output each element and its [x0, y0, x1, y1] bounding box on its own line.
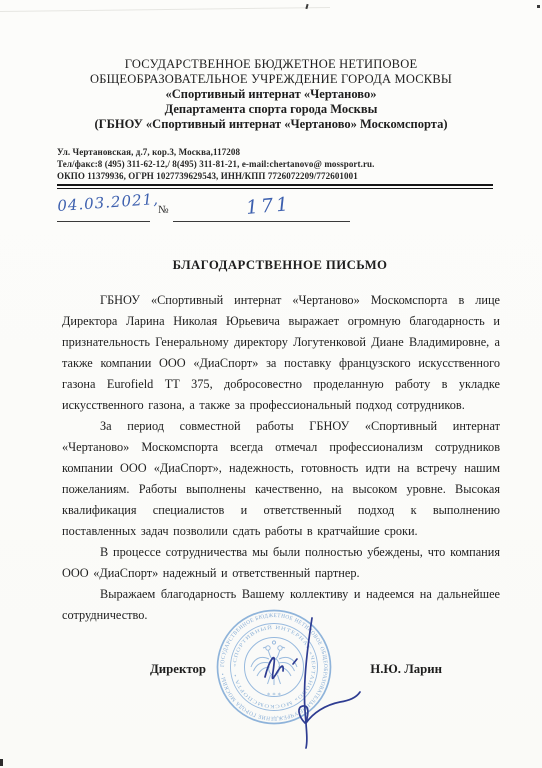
scan-artifact-speck	[537, 5, 540, 8]
signatory-role: Директор	[62, 662, 206, 677]
reference-line: 04.03.2021, № 171	[57, 195, 500, 231]
letterhead-double-rule	[57, 184, 493, 189]
letter-body: ГБНОУ «Спортивный интернат «Чертаново» М…	[62, 290, 500, 626]
org-name-line-2: ОБЩЕОБРАЗОВАТЕЛЬНОЕ УЧРЕЖДЕНИЕ ГОРОДА МО…	[0, 72, 542, 87]
scan-artifact-speck	[0, 759, 3, 766]
org-name-line-5: (ГБНОУ «Спортивный интернат «Чертаново» …	[0, 117, 542, 132]
paragraph-2: За период совместной работы ГБНОУ «Спорт…	[62, 416, 500, 542]
director-signature-ink	[245, 605, 375, 755]
contact-block: Ул. Чертановская, д.7, кор.3, Москва,117…	[57, 146, 500, 182]
letterhead: ГОСУДАРСТВЕННОЕ БЮДЖЕТНОЕ НЕТИПОВОЕ ОБЩЕ…	[0, 0, 542, 132]
paragraph-3: В процессе сотрудничества мы были полнос…	[62, 542, 500, 584]
scanned-letter-page: ГОСУДАРСТВЕННОЕ БЮДЖЕТНОЕ НЕТИПОВОЕ ОБЩЕ…	[0, 0, 542, 768]
handwritten-number: 171	[245, 193, 292, 219]
org-name-line-4: Департамента спорта города Москвы	[0, 102, 542, 117]
number-sign-label: №	[158, 204, 169, 216]
contact-phone-email: Тел/факс:8 (495) 311-62-12,/ 8(495) 311-…	[57, 158, 500, 170]
org-name-line-3: «Спортивный интернат «Чертаново»	[0, 87, 542, 102]
org-name-line-1: ГОСУДАРСТВЕННОЕ БЮДЖЕТНОЕ НЕТИПОВОЕ	[0, 57, 542, 72]
signatory-name: Н.Ю. Ларин	[370, 662, 500, 677]
contact-registry-codes: ОКПО 11379936, ОГРН 1027739629543, ИНН/К…	[57, 170, 500, 182]
handwritten-date: 04.03.2021,	[57, 190, 160, 215]
letter-title: БЛАГОДАРСТВЕННОЕ ПИСЬМО	[60, 258, 500, 273]
paragraph-1: ГБНОУ «Спортивный интернат «Чертаново» М…	[62, 290, 500, 416]
date-underline	[57, 221, 150, 222]
contact-address: Ул. Чертановская, д.7, кор.3, Москва,117…	[57, 146, 500, 158]
number-underline: 171	[173, 221, 350, 222]
